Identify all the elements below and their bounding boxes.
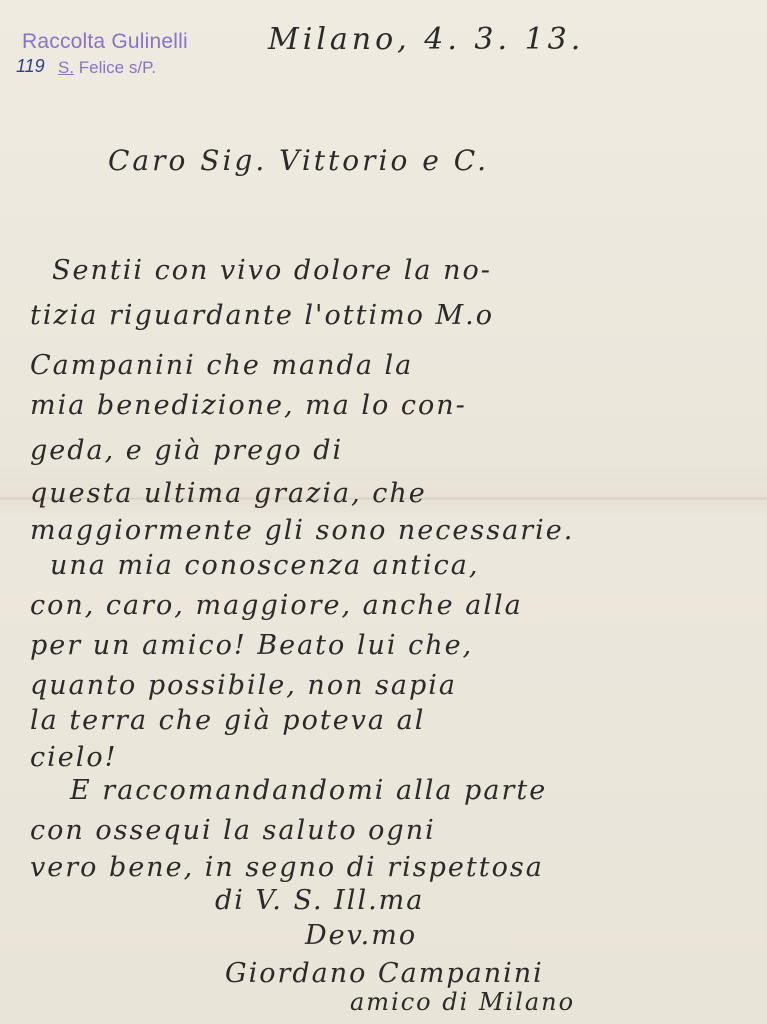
body-line: per un amico! Beato lui che, — [30, 630, 473, 661]
stamp-address-rest: Felice s/P. — [74, 58, 156, 77]
body-line: geda, e già prego di — [30, 435, 343, 466]
body-line: mia benedizione, ma lo con- — [30, 390, 467, 421]
closing: Dev.mo — [305, 920, 417, 951]
body-line: la terra che già poteva al — [30, 705, 425, 736]
body-line: vero bene, in segno di rispettosa — [30, 852, 544, 883]
body-line: Campanini che manda la — [30, 350, 413, 381]
stamp-address: 119 S. Felice s/P. — [22, 58, 188, 78]
body-line: con, caro, maggiore, anche alla — [30, 590, 523, 621]
body-line: E raccomandandomi alla parte — [70, 775, 547, 806]
collection-stamp: Raccolta Gulinelli 119 S. Felice s/P. — [22, 30, 188, 78]
body-line: con ossequi la saluto ogni — [30, 815, 436, 846]
body-line: questa ultima grazia, che — [30, 478, 427, 509]
stamp-number: 119 — [16, 56, 45, 77]
letter-page: Raccolta Gulinelli 119 S. Felice s/P. Mi… — [0, 0, 767, 1024]
body-line: tizia riguardante l'ottimo M.o — [30, 300, 494, 331]
stamp-collection-name: Raccolta Gulinelli — [22, 30, 188, 54]
salutation: Caro Sig. Vittorio e C. — [108, 144, 489, 177]
body-line: quanto possibile, non sapia — [30, 670, 457, 701]
signature: Giordano Campanini — [225, 958, 544, 989]
stamp-address-prefix: S. — [58, 58, 74, 77]
body-line: cielo! — [30, 742, 117, 773]
signature-note: amico di Milano — [350, 988, 575, 1016]
body-line: maggiormente gli sono necessarie. — [30, 515, 574, 546]
body-line: Sentii con vivo dolore la no- — [52, 255, 492, 286]
body-line: di V. S. Ill.ma — [215, 885, 424, 916]
date-line: Milano, 4. 3. 13. — [268, 22, 584, 57]
body-line: una mia conoscenza antica, — [50, 550, 479, 581]
